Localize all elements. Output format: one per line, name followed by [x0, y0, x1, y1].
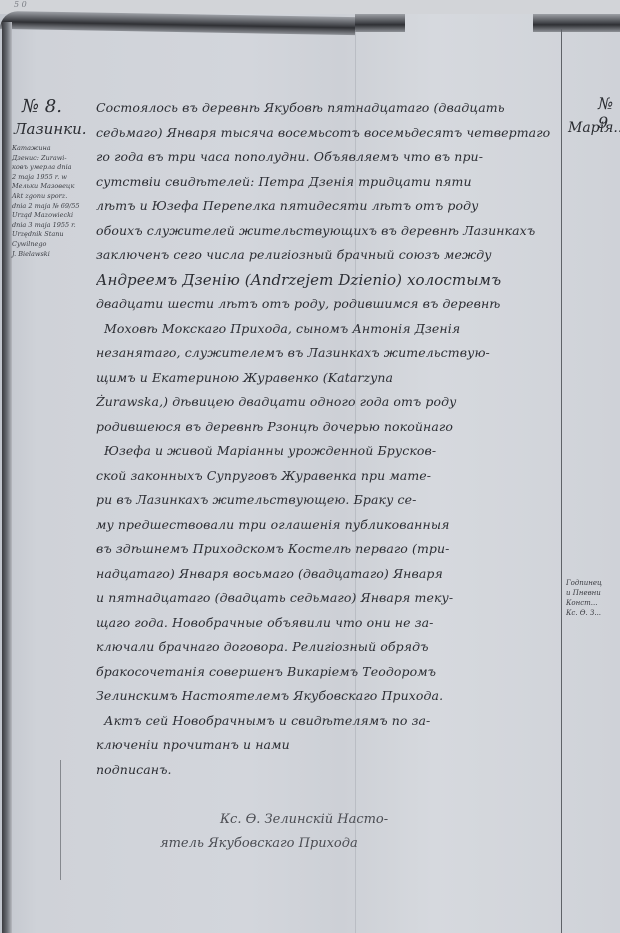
- next-entry-margin-notes: Годпинец и Пневни Конст... Кс. Ѳ. З...: [566, 578, 620, 618]
- body-line: му предшествовали три оглашенія публиков…: [96, 513, 558, 538]
- margin-note-line: Кс. Ѳ. З...: [566, 608, 620, 618]
- body-line: Моховѣ Мокскаго Прихода, сыномъ Антонія …: [96, 317, 558, 342]
- margin-rule: [60, 760, 61, 880]
- next-entry-village: Марія...: [568, 120, 620, 136]
- margin-note-line: 2 maja 1955 r. w: [12, 173, 94, 183]
- bride-name-line: щимъ и Екатериною Журавенко (Katarzyna: [96, 366, 558, 391]
- body-line: го года въ три часа пополудни. Объявляем…: [96, 145, 558, 170]
- body-line: ключеніи прочитанъ и нами: [96, 733, 558, 758]
- body-line: въ здѣшнемъ Приходскомъ Костелѣ перваго …: [96, 537, 558, 562]
- frame-left-edge: [2, 22, 12, 933]
- margin-note-line: dnia 3 maja 1955 r.: [12, 221, 94, 231]
- margin-note-line: Urząd Mazowiecki: [12, 211, 94, 221]
- margin-note-line: Дзенис: Zurawi-: [12, 154, 94, 164]
- body-line: обоихъ служителей жительствующихъ въ дер…: [96, 219, 558, 244]
- body-line: Состоялось въ деревнѣ Якубовѣ пятнадцата…: [96, 96, 558, 121]
- signature-line: ятель Якубовскаго Прихода: [160, 832, 560, 856]
- signature-line: Кс. Ѳ. Зелинскій Насто-: [160, 808, 560, 832]
- body-line: лѣтъ и Юзефа Перепелка пятидесяти лѣтъ о…: [96, 194, 558, 219]
- body-line: Актъ сей Новобрачнымъ и свидѣтелямъ по з…: [96, 709, 558, 734]
- body-line: ри въ Лазинкахъ жительствующею. Браку се…: [96, 488, 558, 513]
- frame-top-middle: [355, 14, 405, 32]
- body-line: двадцати шести лѣтъ отъ роду, родившимся…: [96, 292, 558, 317]
- priest-signature: Кс. Ѳ. Зелинскій Насто- ятель Якубовскаг…: [160, 808, 560, 856]
- body-line: сутствіи свидѣтелей: Петра Дзенія тридца…: [96, 170, 558, 195]
- document-photo: 5 0 № 8. Лазинки. Катажина Дзенис: Zuraw…: [0, 0, 620, 933]
- body-line: седьмаго) Января тысяча восемьсотъ восем…: [96, 121, 558, 146]
- margin-note-line: Годпинец: [566, 578, 620, 588]
- body-line: подписанъ.: [96, 758, 558, 783]
- groom-name-line: Андреемъ Дзенію (Andrzejem Dzienio) холо…: [96, 268, 558, 293]
- body-line: Юзефа и живой Маріанны урожденной Бруско…: [96, 439, 558, 464]
- body-line: незанятаго, служителемъ въ Лазинкахъ жит…: [96, 341, 558, 366]
- column-divider: [561, 28, 562, 933]
- body-line: ключали брачнаго договора. Религіозный о…: [96, 635, 558, 660]
- margin-note-line: ковъ умерла dnia: [12, 163, 94, 173]
- margin-note-line: Конст...: [566, 598, 620, 608]
- frame-top-left: [0, 11, 355, 35]
- margin-note-line: dnia 2 maja № 69/55: [12, 202, 94, 212]
- body-line: щаго года. Новобрачные объявили что они …: [96, 611, 558, 636]
- body-line: Зелинскимъ Настоятелемъ Якубовскаго Прих…: [96, 684, 558, 709]
- margin-note-line: Urzędnik Stanu: [12, 230, 94, 240]
- margin-note-line: Катажина: [12, 144, 94, 154]
- body-line: надцатаго) Января восьмаго (двадцатаго) …: [96, 562, 558, 587]
- body-line: бракосочетанія совершенъ Викаріемъ Теодо…: [96, 660, 558, 685]
- top-scribble: 5 0: [14, 0, 27, 9]
- margin-note-line: и Пневни: [566, 588, 620, 598]
- margin-note-line: Akt zgonu sporz.: [12, 192, 94, 202]
- margin-note-line: Мельки Мазовецк: [12, 182, 94, 192]
- body-line: и пятнадцатаго (двадцать седьмаго) Январ…: [96, 586, 558, 611]
- frame-top-right: [533, 14, 620, 32]
- body-line: родившеюся въ деревнѣ Рзонцѣ дочерью пок…: [96, 415, 558, 440]
- margin-note-line: J. Bielawski: [12, 250, 94, 260]
- margin-annotation: Катажина Дзенис: Zurawi- ковъ умерла dni…: [12, 144, 94, 259]
- village-name: Лазинки.: [14, 120, 87, 138]
- margin-note-line: Cywilnego: [12, 240, 94, 250]
- body-line: ской законныхъ Супруговъ Журавенка при м…: [96, 464, 558, 489]
- body-line: заключенъ сего числа религіозный брачный…: [96, 243, 558, 268]
- body-line: Żurawska,) дѣвицею двадцати одного года …: [96, 390, 558, 415]
- entry-number: № 8.: [22, 96, 62, 117]
- record-body: Состоялось въ деревнѣ Якубовѣ пятнадцата…: [96, 96, 558, 782]
